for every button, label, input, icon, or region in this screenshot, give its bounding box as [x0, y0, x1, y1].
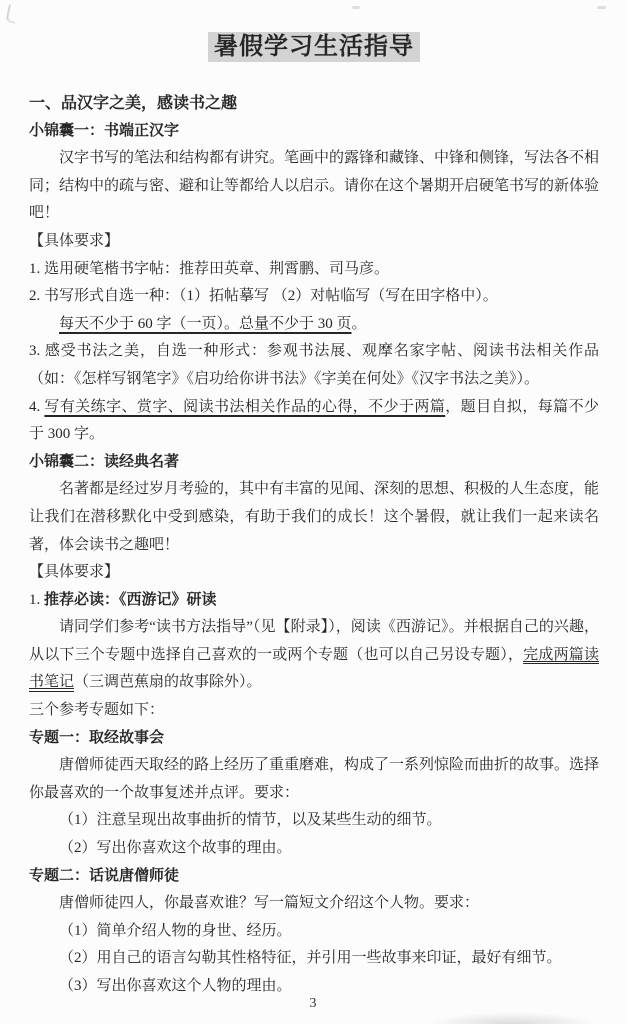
- scan-artifact-top-left: [5, 4, 19, 24]
- reading-guide-paragraph: 请同学们参考“读书方法指导”（见【附录】），阅读《西游记》。并根据自己的兴趣，从…: [29, 614, 599, 697]
- topic-1-requirement-1: （1）注意呈现出故事曲折的情节，以及某些生动的细节。: [29, 807, 599, 835]
- topic-1-heading: 专题一：取经故事会: [29, 725, 599, 753]
- reading-heading-text: 推荐必读：《西游记》研读: [44, 592, 217, 608]
- item-4-underlined-text: 写有关练字、赏字、阅读书法相关作品的心得，不少于两篇: [44, 399, 445, 415]
- requirement-item-2: 2. 书写形式自选一种：（1）拓帖摹写 （2）对帖临写（写在田字格中）。: [29, 283, 599, 311]
- item-4-number: 4.: [29, 399, 44, 415]
- handwriting-quota-note: 每天不少于 60 字（一页）。总量不少于 30 页。: [29, 311, 599, 339]
- quota-tail: 。: [352, 316, 367, 332]
- requirement-item-4: 4. 写有关练字、赏字、阅读书法相关作品的心得，不少于两篇，题目自拟，每篇不少于…: [29, 394, 599, 449]
- required-reading-heading: 1. 推荐必读：《西游记》研读: [29, 587, 599, 615]
- requirements-label-2: 【具体要求】: [29, 559, 599, 587]
- tip-2-heading: 小锦囊二：读经典名著: [29, 449, 599, 477]
- scan-artifact-top-center: [352, 6, 360, 9]
- requirement-item-1: 1. 选用硬笔楷书字帖：推荐田英章、荆霄鹏、司马彦。: [29, 256, 599, 284]
- scan-artifact-bottom-right: [428, 1012, 598, 1024]
- page-title: 暑假学习生活指导: [29, 30, 599, 64]
- topics-label: 三个参考专题如下：: [29, 697, 599, 725]
- scan-artifact-top-right: [597, 6, 606, 9]
- page-title-highlight: 暑假学习生活指导: [208, 32, 420, 62]
- reading-guide-tail: （三调芭蕉扇的故事除外）。: [74, 674, 262, 690]
- topic-1-requirement-2: （2）写出你喜欢这个故事的理由。: [29, 835, 599, 863]
- requirement-item-3: 3. 感受书法之美，自选一种形式：参观书法展、观摩名家字帖、阅读书法相关作品（如…: [29, 338, 599, 393]
- tip-1-heading: 小锦囊一：书端正汉字: [29, 118, 599, 146]
- section-1-heading: 一、品汉字之美，感读书之趣: [29, 90, 599, 118]
- page-number: 3: [0, 996, 626, 1012]
- topic-2-requirement-2: （2）用自己的语言勾勒其性格特征，并引用一些故事来印证，最好有细节。: [29, 945, 599, 973]
- tip-1-intro-paragraph: 汉字书写的笔法和结构都有讲究。笔画中的露锋和藏锋、中锋和侧锋，写法各不相同；结构…: [29, 145, 599, 228]
- topic-2-intro: 唐僧师徒四人，你最喜欢谁？写一篇短文介绍这个人物。要求：: [29, 890, 599, 918]
- reading-guide-text: 请同学们参考“读书方法指导”（见【附录】），阅读《西游记》。并根据自己的兴趣，从…: [29, 619, 599, 663]
- topic-2-requirement-1: （1）简单介绍人物的身世、经历。: [29, 918, 599, 946]
- tip-2-intro-paragraph: 名著都是经过岁月考验的，其中有丰富的见闻、深刻的思想、积极的人生态度，能让我们在…: [29, 476, 599, 559]
- reading-heading-number: 1.: [29, 592, 44, 608]
- topic-2-heading: 专题二：话说唐僧师徒: [29, 863, 599, 891]
- document-page: 暑假学习生活指导 一、品汉字之美，感读书之趣 小锦囊一：书端正汉字 汉字书写的笔…: [0, 0, 626, 1024]
- requirements-label-1: 【具体要求】: [29, 228, 599, 256]
- quota-underlined-text: 每天不少于 60 字（一页）。总量不少于 30 页: [59, 316, 352, 332]
- topic-1-intro: 唐僧师徒西天取经的路上经历了重重磨难，构成了一系列惊险而曲折的故事。选择你最喜欢…: [29, 752, 599, 807]
